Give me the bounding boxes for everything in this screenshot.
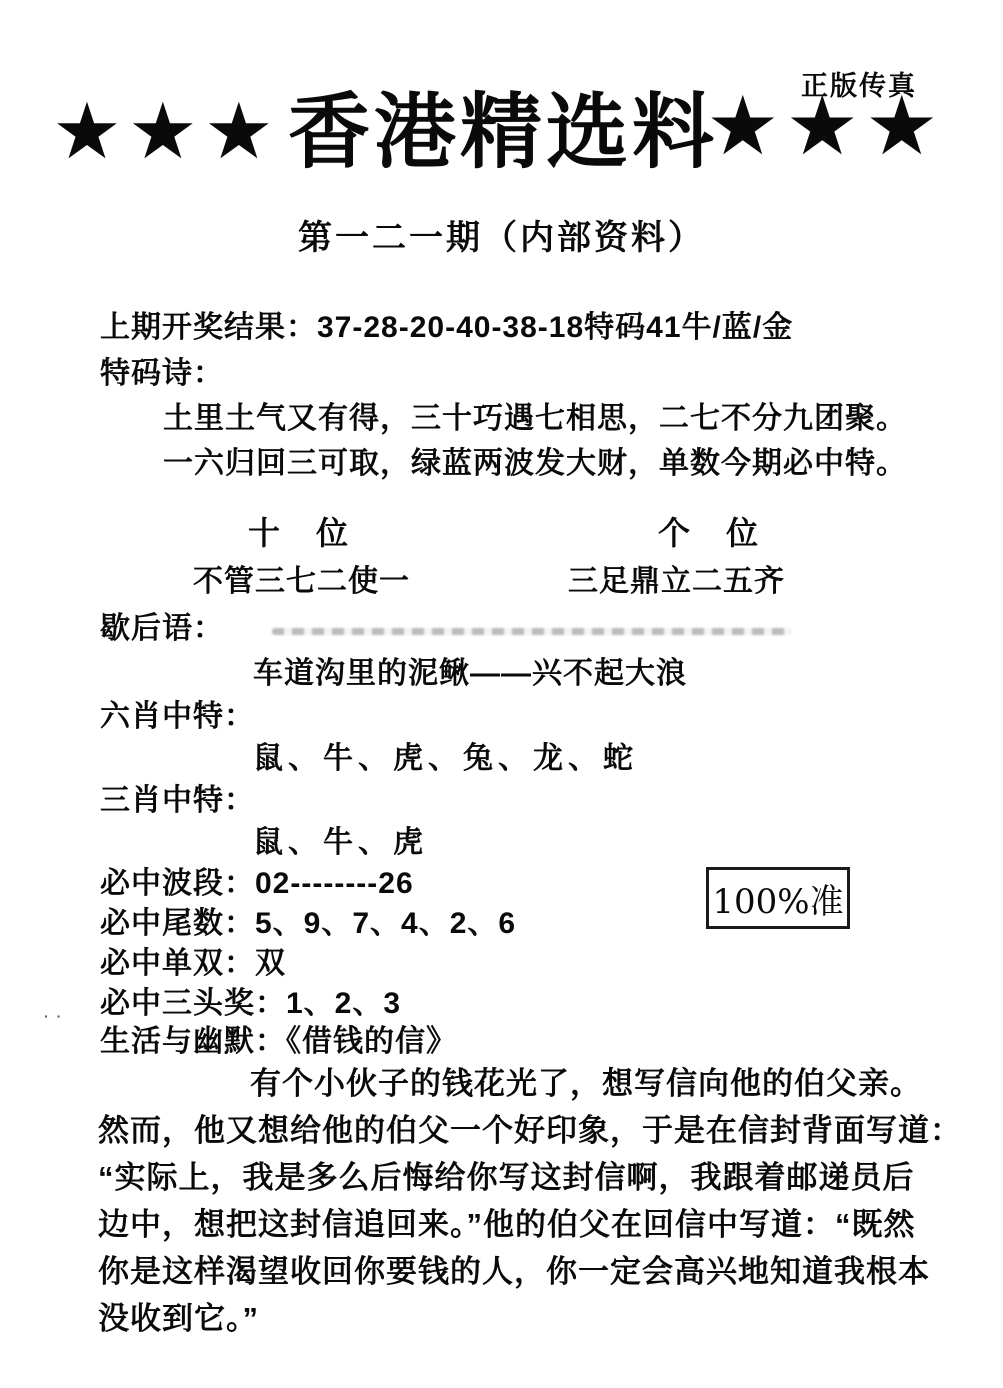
page-title: 香港精选料 <box>288 86 718 180</box>
story-line-1: 有个小伙子的钱花光了，想写信向他的伯父亲。 <box>250 1060 918 1107</box>
prediction-odd-even: 必中单双：双 <box>100 938 286 982</box>
three-zodiac-list: 鼠、牛、虎 <box>253 817 428 861</box>
story-line-5: 你是这样渴望收回你要钱的人，你一定会高兴地知道我根本 <box>98 1248 918 1295</box>
story-line-4: 边中，想把这封信追回来。”他的伯父在回信中写道：“既然 <box>98 1201 918 1248</box>
story-line-3: “实际上，我是多么后悔给你写这封信啊，我跟着邮递员后 <box>98 1154 918 1201</box>
poem-line-2: 一六归回三可取，绿蓝两波发大财，单数今期必中特。 <box>163 438 907 482</box>
prediction-wave-range: 必中波段：02--------26 <box>100 858 414 902</box>
poem-heading: 特码诗： <box>100 348 224 392</box>
story-line-2: 然而，他又想给他的伯父一个好印象，于是在信封背面写道： <box>98 1107 918 1154</box>
six-zodiac-list: 鼠、牛、虎、兔、龙、蛇 <box>253 733 638 777</box>
six-zodiac-heading: 六肖中特： <box>100 691 255 735</box>
tens-position-heading: 十 位 <box>248 508 350 554</box>
issue-subtitle: 第一二一期（内部资料） <box>0 210 1003 259</box>
story-line-6: 没收到它。” <box>98 1295 918 1342</box>
prediction-odd-even-value: 双 <box>255 947 286 980</box>
prediction-tail-numbers-label: 必中尾数： <box>100 907 255 940</box>
ink-smudge <box>272 628 792 635</box>
accuracy-badge: 100%准 <box>706 867 850 929</box>
poem-line-1: 土里土气又有得，三十巧遇七相思，二七不分九团聚。 <box>163 393 907 437</box>
prediction-tail-numbers-value: 5、9、7、4、2、6 <box>255 907 516 940</box>
ones-position-heading: 个 位 <box>658 508 760 554</box>
stars-right-icon: ★★★ <box>706 86 945 168</box>
xiehouyu-text: 车道沟里的泥鳅——兴不起大浪 <box>253 648 687 692</box>
tens-position-phrase: 不管三七二使一 <box>193 556 410 600</box>
ones-position-phrase: 三足鼎立二五齐 <box>568 556 785 600</box>
prediction-tail-numbers: 必中尾数：5、9、7、4、2、6 <box>100 898 516 942</box>
stars-left-icon: ★★★ <box>52 92 280 170</box>
prediction-wave-range-value: 02--------26 <box>255 867 414 900</box>
prediction-wave-range-label: 必中波段： <box>100 867 255 900</box>
humor-heading: 生活与幽默：《借钱的信》 <box>100 1016 457 1060</box>
fax-sheet: 正版传真 ★★★ 香港精选料 ★★★ 第一二一期（内部资料） 上期开奖结果：37… <box>0 0 1003 1388</box>
xiehouyu-heading: 歇后语： <box>100 603 224 647</box>
accuracy-badge-text: 100%准 <box>712 874 843 923</box>
last-draw-result: 上期开奖结果：37-28-20-40-38-18特码41牛/蓝/金 <box>100 302 793 346</box>
three-zodiac-heading: 三肖中特： <box>100 775 255 819</box>
humor-story: 有个小伙子的钱花光了，想写信向他的伯父亲。 然而，他又想给他的伯父一个好印象，于… <box>98 1060 918 1342</box>
prediction-odd-even-label: 必中单双： <box>100 947 255 980</box>
stray-dots: ·· <box>44 1008 69 1024</box>
